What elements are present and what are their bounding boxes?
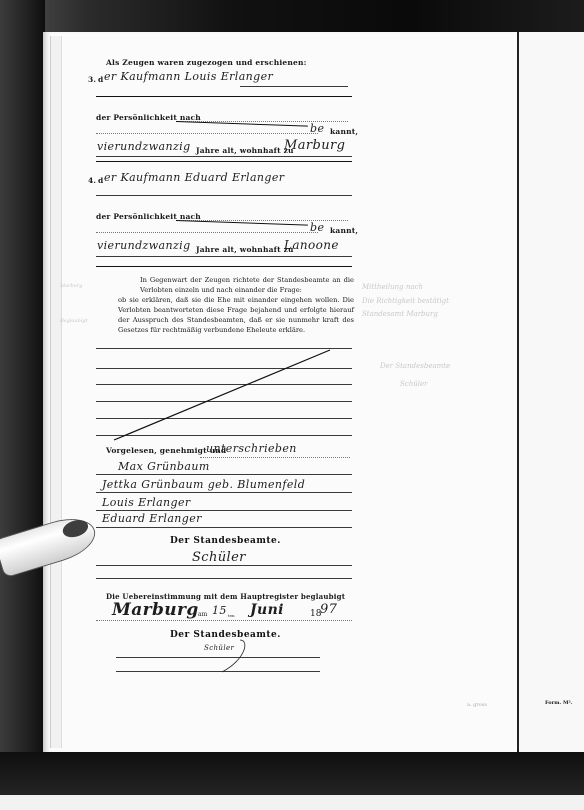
scan-footer-strip [0, 795, 584, 810]
signature-flourish [0, 0, 584, 810]
footer-mid-note: a. gross [467, 702, 487, 708]
form-number: Form. M². [545, 700, 572, 706]
